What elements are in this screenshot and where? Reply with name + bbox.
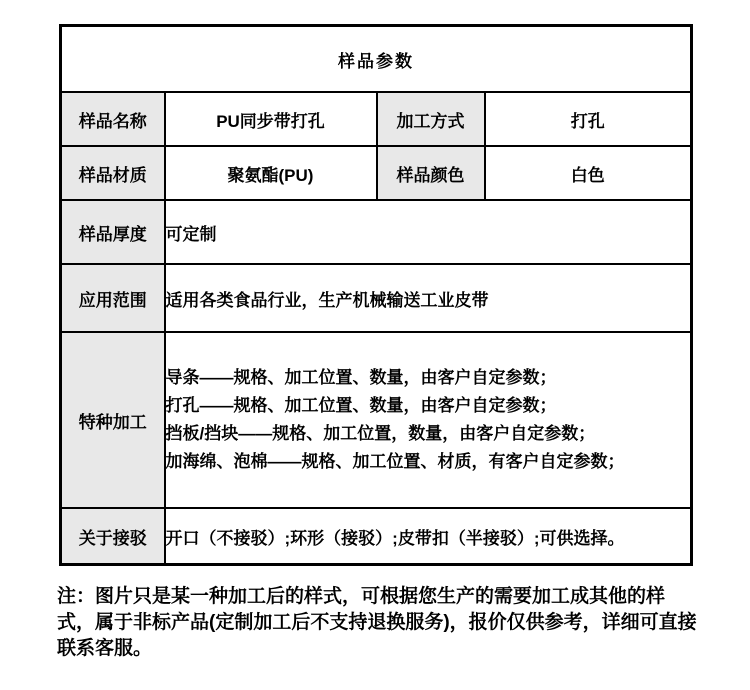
value-special-process: 导条——规格、加工位置、数量，由客户自定参数； 打孔——规格、加工位置、数量，由… bbox=[165, 332, 692, 508]
table-row-thickness: 样品厚度 可定制 bbox=[61, 200, 692, 264]
value-about-joint: 开口（不接驳）;环形（接驳）;皮带扣（半接驳）;可供选择。 bbox=[165, 508, 692, 565]
special-process-lines: 导条——规格、加工位置、数量，由客户自定参数； 打孔——规格、加工位置、数量，由… bbox=[166, 364, 691, 476]
special-process-line: 导条——规格、加工位置、数量，由客户自定参数； bbox=[166, 364, 691, 392]
spec-table: 样品参数 样品名称 PU同步带打孔 加工方式 打孔 样品材质 聚氨酯(PU) 样… bbox=[59, 24, 693, 566]
footer-note: 注：图片只是某一种加工后的样式，可根据您生产的需要加工成其他的样式，属于非标产品… bbox=[57, 584, 697, 662]
label-sample-name: 样品名称 bbox=[61, 92, 165, 146]
value-sample-color: 白色 bbox=[485, 146, 692, 200]
value-process-method: 打孔 bbox=[485, 92, 692, 146]
value-sample-name: PU同步带打孔 bbox=[165, 92, 377, 146]
value-application-range: 适用各类食品行业，生产机械输送工业皮带 bbox=[165, 264, 692, 332]
table-row-application: 应用范围 适用各类食品行业，生产机械输送工业皮带 bbox=[61, 264, 692, 332]
table-title: 样品参数 bbox=[61, 26, 692, 93]
table-title-row: 样品参数 bbox=[61, 26, 692, 93]
product-parameter-sheet: 样品参数 样品名称 PU同步带打孔 加工方式 打孔 样品材质 聚氨酯(PU) 样… bbox=[0, 0, 750, 690]
table-row-special-process: 特种加工 导条——规格、加工位置、数量，由客户自定参数； 打孔——规格、加工位置… bbox=[61, 332, 692, 508]
label-application-range: 应用范围 bbox=[61, 264, 165, 332]
label-about-joint: 关于接驳 bbox=[61, 508, 165, 565]
table-row-name-method: 样品名称 PU同步带打孔 加工方式 打孔 bbox=[61, 92, 692, 146]
table-row-material-color: 样品材质 聚氨酯(PU) 样品颜色 白色 bbox=[61, 146, 692, 200]
label-special-process: 特种加工 bbox=[61, 332, 165, 508]
label-process-method: 加工方式 bbox=[377, 92, 485, 146]
value-sample-thickness: 可定制 bbox=[165, 200, 692, 264]
value-sample-material: 聚氨酯(PU) bbox=[165, 146, 377, 200]
table-row-joint: 关于接驳 开口（不接驳）;环形（接驳）;皮带扣（半接驳）;可供选择。 bbox=[61, 508, 692, 565]
special-process-line: 打孔——规格、加工位置、数量，由客户自定参数； bbox=[166, 392, 691, 420]
label-sample-thickness: 样品厚度 bbox=[61, 200, 165, 264]
label-sample-material: 样品材质 bbox=[61, 146, 165, 200]
special-process-line: 加海绵、泡棉——规格、加工位置、材质，有客户自定参数； bbox=[166, 448, 691, 476]
special-process-line: 挡板/挡块——规格、加工位置，数量，由客户自定参数； bbox=[166, 420, 691, 448]
label-sample-color: 样品颜色 bbox=[377, 146, 485, 200]
